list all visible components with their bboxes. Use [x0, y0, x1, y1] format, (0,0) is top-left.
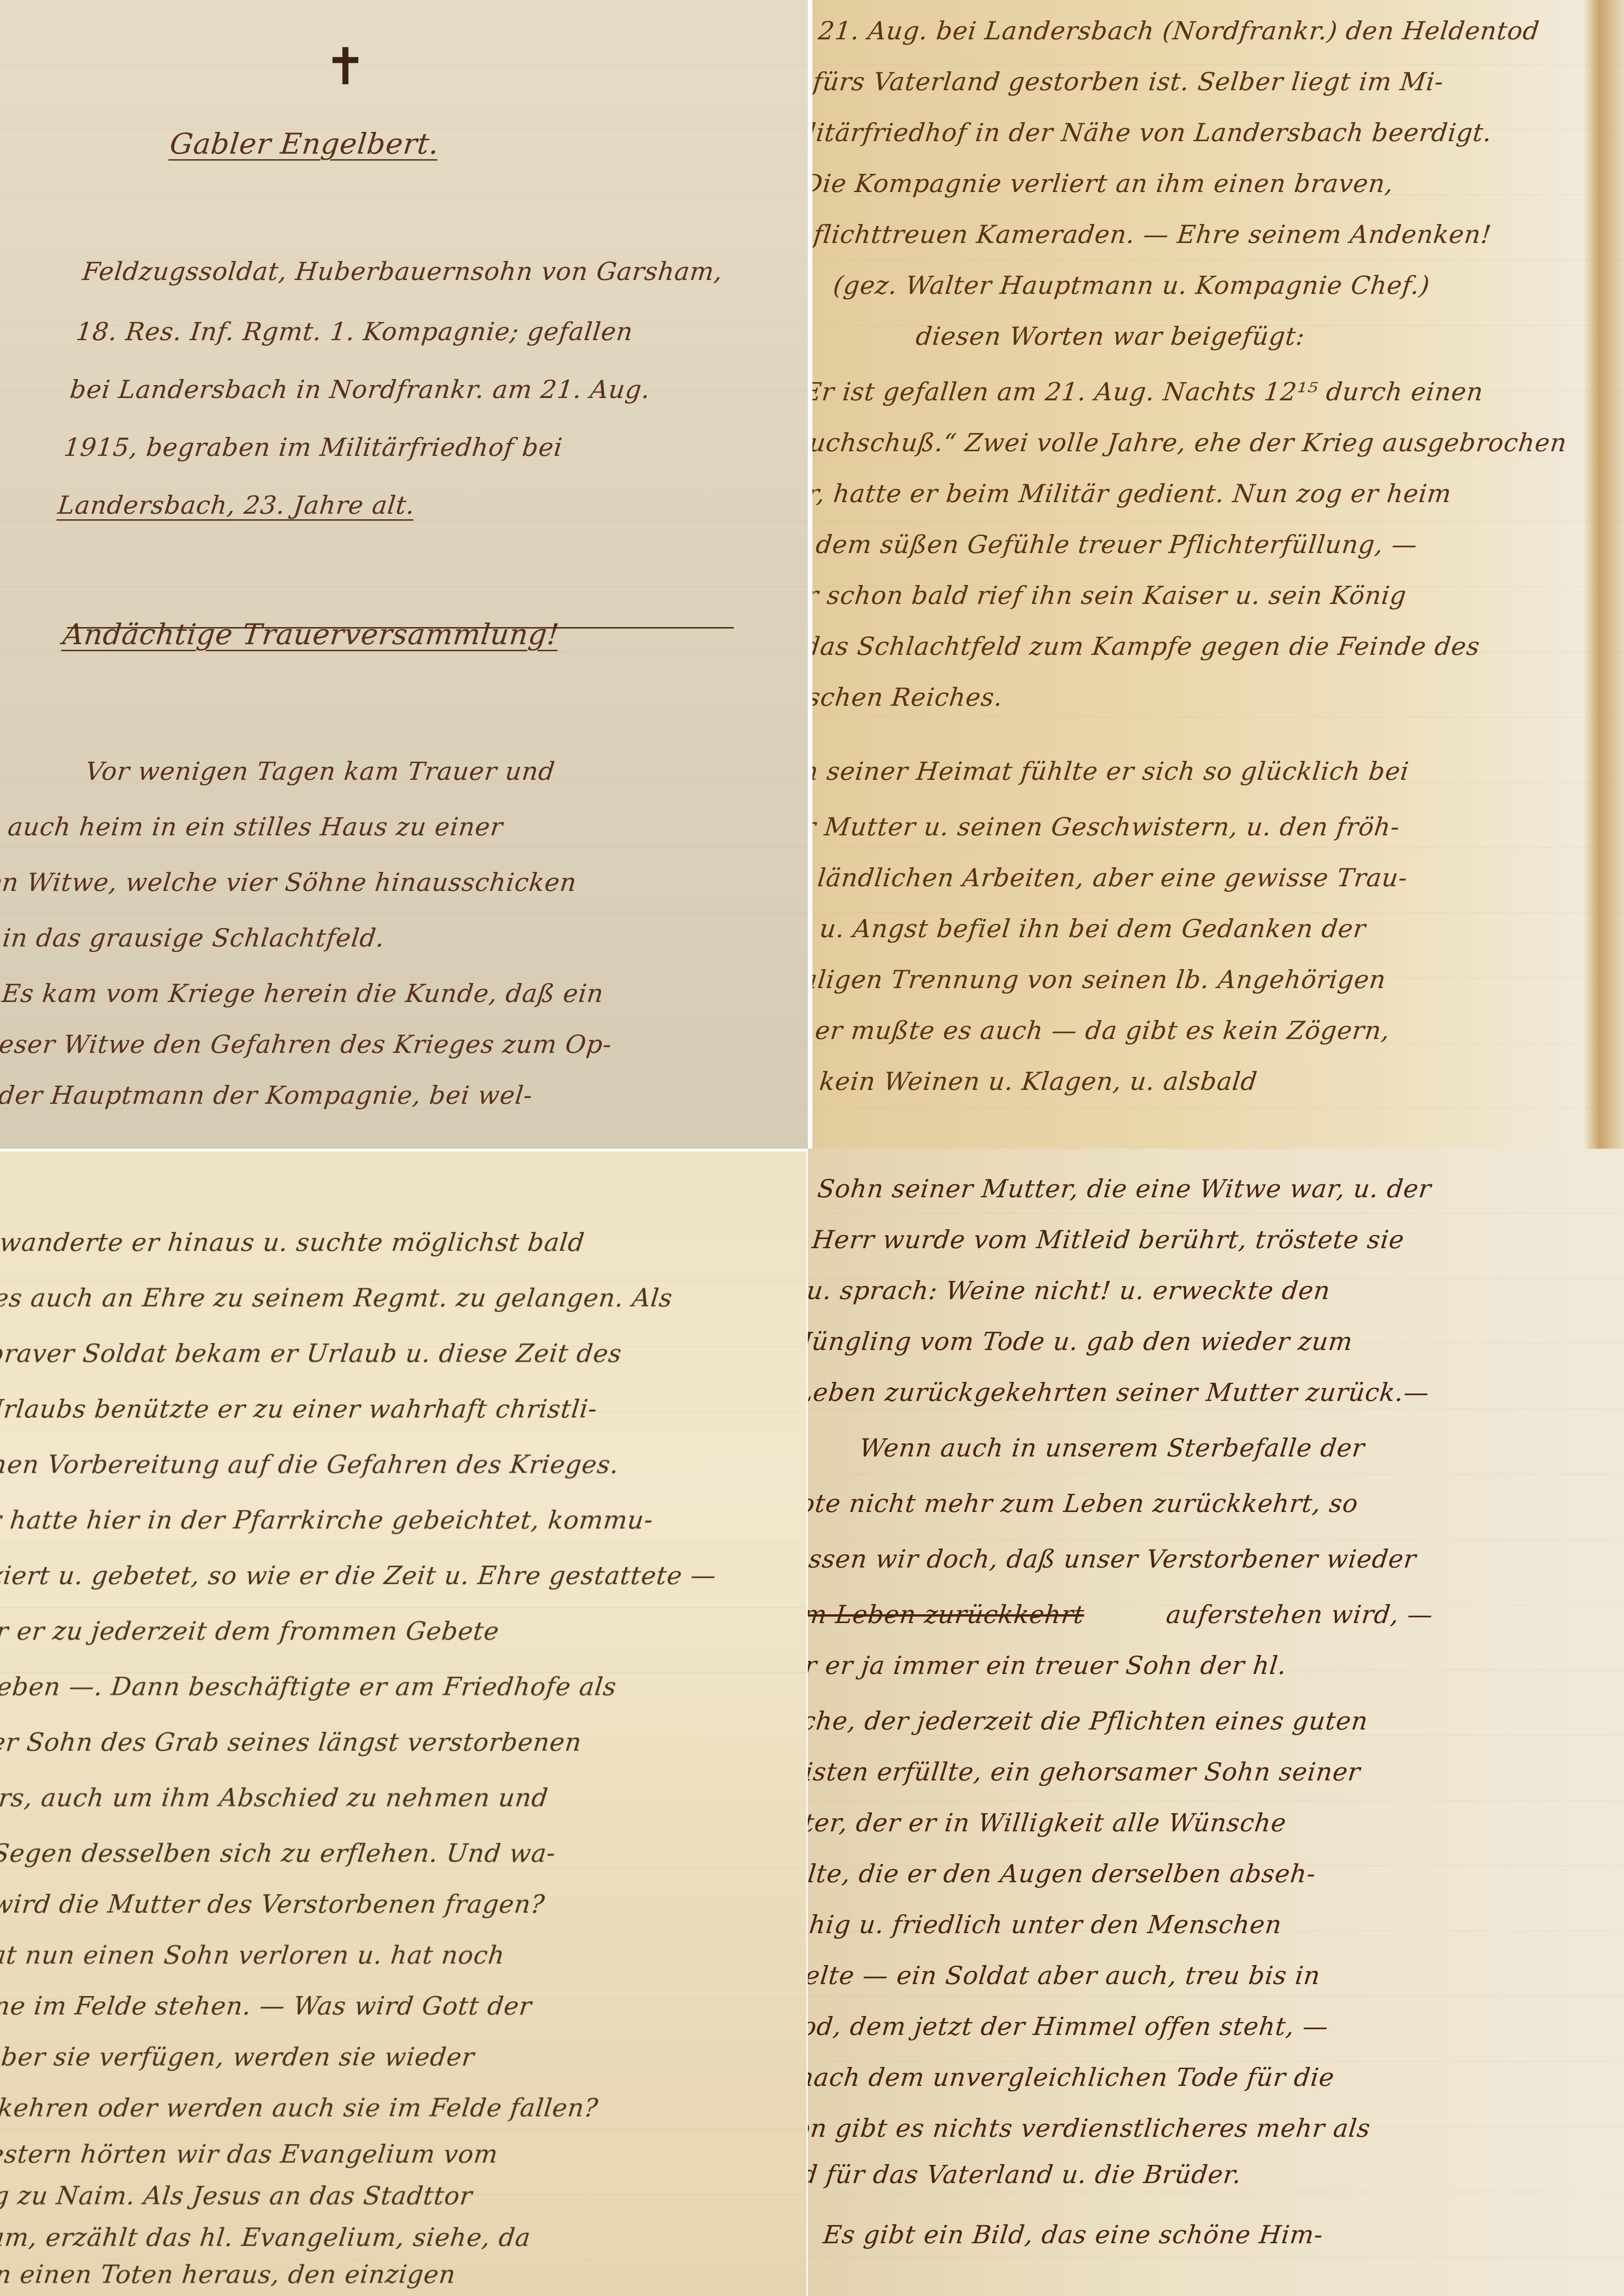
- body-line: guter Sohn des Grab seines längst versto…: [0, 1730, 583, 1755]
- body-line: Kirche, der jederzeit die Pflichten eine…: [808, 1709, 1369, 1734]
- body-line: deutschen Reiches.: [812, 685, 1004, 710]
- body-line: den Segen desselben sich zu erflehen. Un…: [0, 1841, 557, 1866]
- body-line: fer fiel. der Hauptmann der Kompagnie, b…: [0, 1083, 534, 1108]
- body-line: Gestern hörten wir das Evangelium vom: [0, 2142, 499, 2167]
- body-line: braver Soldat bekam er Urlaub u. diese Z…: [0, 1341, 623, 1366]
- body-line: „Er ist gefallen am 21. Aug. Nachts 12¹⁵…: [812, 380, 1485, 404]
- body-line: denn nach dem unvergleichlichen Tode für…: [808, 2065, 1336, 2090]
- body-line: Sie hat nun einen Sohn verloren u. hat n…: [0, 1943, 506, 1968]
- body-line: Jüngling vom Tode u. gab den wieder zum: [808, 1329, 1354, 1354]
- body-line: den Tod, dem jetzt der Himmel offen steh…: [808, 2014, 1330, 2039]
- body-line: Tote nicht mehr zum Leben zurückkehrt, s…: [808, 1491, 1359, 1516]
- body-line: — aber er mußte es auch — da gibt es kei…: [812, 1018, 1391, 1043]
- body-line: Sohn seiner Mutter, die eine Witwe war, …: [816, 1176, 1432, 1201]
- deceased-name-title: Gabler Engelbert.: [169, 130, 441, 158]
- body-line: Christen erfüllte, ein gehorsamer Sohn s…: [808, 1760, 1362, 1785]
- body-line: litärfriedhof in der Nähe von Landersbac…: [812, 120, 1493, 145]
- header-line: 18. Res. Inf. Rgmt. 1. Kompagnie; gefall…: [75, 319, 634, 344]
- body-line: wissen wir doch, daß unser Verstorbener …: [808, 1547, 1418, 1572]
- body-line: fürs Vaterland gestorben ist. Selber lie…: [812, 69, 1445, 94]
- body-line: war, hatte er beim Militär gedient. Nun …: [812, 481, 1453, 506]
- body-line: chen Vorbereitung auf die Gefahren des K…: [0, 1452, 620, 1477]
- body-line: da hilft kein Weinen u. Klagen, u. alsba…: [812, 1069, 1259, 1094]
- body-line: Herr über sie verfügen, werden sie wiede…: [0, 2045, 475, 2070]
- body-line: 3 Söhne im Felde stehen. — Was wird Gott…: [0, 1994, 533, 2019]
- manuscript-page-4: Sohn seiner Mutter, die eine Witwe war, …: [808, 1149, 1624, 2296]
- signature-line: (gez. Walter Hauptmann u. Kompagnie Chef…: [832, 273, 1431, 298]
- body-line: Vaters, auch um ihm Abschied zu nehmen u…: [0, 1786, 550, 1811]
- body-line: Leben zurückgekehrten seiner Mutter zurü…: [808, 1380, 1430, 1405]
- body-line: es auch an Ehre zu seinem Regmt. zu gela…: [0, 1286, 674, 1311]
- body-line: abermaligen Trennung von seinen lb. Ange…: [812, 967, 1387, 992]
- body-line: Jüngling zu Naim. Als Jesus an das Stadt…: [0, 2184, 474, 2209]
- body-line: seiner Mutter u. seinen Geschwistern, u.…: [812, 815, 1401, 840]
- manuscript-page-3: wanderte er hinaus u. suchte möglichst b…: [0, 1151, 806, 2296]
- body-line: wanderte er hinaus u. suchte möglichst b…: [0, 1230, 586, 1255]
- body-line: auf das Schlachtfeld zum Kampfe gegen di…: [812, 634, 1481, 659]
- body-line: ergeben —. Dann beschäftigte er am Fried…: [0, 1674, 618, 1699]
- header-line: Landersbach, 23. Jahre alt.: [56, 493, 416, 518]
- salutation: Andächtige Trauerversammlung!: [62, 620, 561, 649]
- body-line: war er ja immer ein treuer Sohn der hl.: [808, 1653, 1288, 1678]
- body-line: rigkeit u. Angst befiel ihn bei dem Geda…: [812, 916, 1367, 941]
- body-line: In seiner Heimat fühlte er sich so glück…: [812, 759, 1410, 784]
- header-line: 1915, begraben im Militärfriedhof bei: [63, 435, 564, 460]
- body-line: Vor wenigen Tagen kam Trauer und: [84, 759, 556, 784]
- body-line: Mutter, der er in Willigkeit alle Wünsch…: [808, 1811, 1287, 1836]
- body-line: Naim kam, erzählt das hl. Evangelium, si…: [0, 2225, 532, 2250]
- body-line: 21. Aug. bei Landersbach (Nordfrankr.) d…: [817, 19, 1541, 44]
- body-line: Die Kompagnie verliert an ihm einen brav…: [812, 171, 1395, 196]
- paper-ruling: [0, 1151, 806, 2296]
- manuscript-page-2: 21. Aug. bei Landersbach (Nordfrankr.) d…: [812, 0, 1624, 1149]
- separator-rule: [67, 627, 734, 628]
- body-line: pflichttreuen Kameraden. — Ehre seinem A…: [812, 222, 1493, 247]
- header-line: bei Landersbach in Nordfrankr. am 21. Au…: [69, 377, 652, 402]
- body-line: Es kam vom Kriege herein die Kunde, daß …: [1, 981, 605, 1006]
- body-line: Bauchschuß.“ Zwei volle Jahre, ehe der K…: [812, 430, 1568, 455]
- body-line: wandelte — ein Soldat aber auch, treu bi…: [808, 1963, 1322, 1988]
- body-line: war er zu jederzeit dem frommen Gebete: [0, 1619, 500, 1644]
- body-line: ruhigen Witwe, welche vier Söhne hinauss…: [0, 870, 578, 895]
- body-line: Sohn dieser Witwe den Gefahren des Krieg…: [0, 1032, 613, 1057]
- body-line: Herr wurde vom Mitleid berührt, tröstete…: [811, 1227, 1405, 1252]
- struck-out-text: zum Leben zurückkehrt: [808, 1602, 1086, 1627]
- body-line: niziert u. gebetet, so wie er die Zeit u…: [0, 1563, 718, 1588]
- body-line: den Tod für das Vaterland u. die Brüder.: [808, 2162, 1243, 2187]
- body-line: Religion gibt es nichts verdienstlichere…: [808, 2116, 1372, 2141]
- body-line: zurückkehren oder werden auch sie im Fel…: [0, 2096, 600, 2121]
- body-line: Es gibt ein Bild, das eine schöne Him-: [822, 2222, 1324, 2247]
- body-line: en ruhig u. friedlich unter den Menschen: [808, 1912, 1283, 1937]
- manuscript-page-1: ✝ Gabler Engelbert. Feldzugssoldat, Hube…: [0, 0, 808, 1149]
- body-line: lichen ländlichen Arbeiten, aber eine ge…: [812, 865, 1409, 890]
- paper-ruling: [0, 0, 808, 1149]
- body-line: diesen Worten war beigefügt:: [915, 324, 1306, 349]
- body-line: Wenn auch in unserem Sterbefalle der: [858, 1436, 1366, 1461]
- body-line: Urlaubs benützte er zu einer wahrhaft ch…: [0, 1397, 599, 1422]
- body-line: erfüllte, die er den Augen derselben abs…: [808, 1861, 1317, 1886]
- body-line: aber schon bald rief ihn sein Kaiser u. …: [812, 583, 1408, 608]
- cross-symbol: ✝: [324, 37, 367, 96]
- body-line: mit dem süßen Gefühle treuer Pflichterfü…: [812, 532, 1418, 557]
- body-line: mußte in das grausige Schlachtfeld.: [0, 926, 386, 951]
- body-line: Sorge auch heim in ein stilles Haus zu e…: [0, 815, 504, 840]
- header-line: Feldzugssoldat, Huberbauernsohn von Gars…: [81, 259, 724, 284]
- body-line: trug man einen Toten heraus, den einzige…: [0, 2262, 457, 2287]
- body-line: auferstehen wird, —: [1165, 1602, 1434, 1627]
- body-line: rum wird die Mutter des Verstorbenen fra…: [0, 1892, 546, 1917]
- body-line: u. sprach: Weine nicht! u. erweckte den: [808, 1278, 1331, 1303]
- body-line: Er hatte hier in der Pfarrkirche gebeich…: [0, 1508, 654, 1533]
